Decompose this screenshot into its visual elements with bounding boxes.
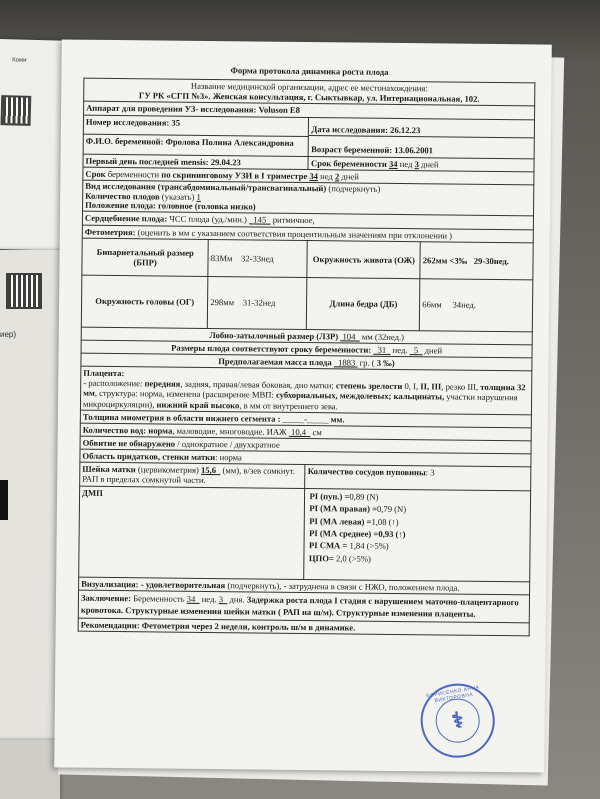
conclusion-label: Заключение: [81, 592, 131, 603]
background-text: Коми [12, 57, 26, 63]
size-match-days: 5 [414, 345, 418, 355]
hc-value: 298мм [210, 297, 234, 307]
pi-label: PI (МА среднее) = [309, 528, 378, 539]
pi-value: 0,89 (N) [349, 491, 378, 501]
pi-value: 0,79 (N) [377, 504, 406, 514]
cord-vessels-value: : 3 [426, 468, 435, 478]
adnexa-value: : норма [215, 452, 242, 462]
fl-term: 34нед. [452, 300, 476, 310]
amniotic-label: Количество вод: норма [83, 425, 173, 436]
pi-value: 0,93 (↑) [378, 529, 405, 539]
adnexa-label: Область придатков, стенки матки [82, 451, 215, 462]
visualization-label: Визуализация: - удовлетворительная [81, 578, 225, 590]
efw-unit: гр. ( [360, 358, 375, 368]
afi-value: 10,4 [291, 427, 306, 437]
term-days: 3 [415, 159, 419, 169]
conclusion-weeks-unit: нед. [202, 594, 217, 604]
screening-days-unit: дней [341, 171, 358, 181]
term-weeks: 34 [389, 159, 398, 169]
size-match-label: Размеры плода соответствуют сроку береме… [171, 343, 371, 355]
heartbeat-label: Сердцебиение плода: [85, 213, 167, 224]
bpd-label: Бипариетальный размер (БПР) [97, 246, 194, 267]
placenta-grades: II, III [420, 382, 441, 392]
recommendations-value: Фетометрия через 2 недели, контроль ш/м … [142, 620, 356, 632]
cervix-hint: (цервикометрия) [138, 465, 199, 476]
dob-value: 13.06.2001 [394, 145, 433, 155]
ofd-value: 104 [342, 331, 355, 341]
term-days-unit: дней [421, 159, 438, 169]
pi-label: PI (МА левая) = [309, 516, 371, 527]
cpr: ЦПО= 2,0 (>5%) [307, 552, 528, 567]
hr-label: ЧСС плода (уд./мин.) [169, 214, 247, 225]
visualization-text: (подчеркнуть), - затруднена в связи с НЖ… [227, 580, 459, 592]
pi-label: PI (пуп.) = [309, 491, 349, 501]
ofd-label: Лобно-затылочный размер (ЛЗР) [209, 330, 338, 341]
position-label: Положение плода: [85, 200, 156, 211]
screening-weeks: 34 [309, 171, 318, 181]
placenta-location: передняя [144, 379, 180, 389]
qr-code [8, 275, 40, 307]
ac-value: 262мм <3‰ [423, 255, 468, 265]
dob-label: Возраст беременной: [311, 144, 392, 155]
screening-weeks-unit: нед [320, 171, 333, 181]
placenta-text: , резко III, [441, 382, 480, 392]
study-type-hint: (подчеркнуть) [328, 183, 380, 194]
conclusion-text: Беременность [133, 593, 184, 604]
size-match-days-unit: дней [425, 345, 442, 355]
efw-label: Предполагаемая масса плода [218, 356, 332, 367]
ofd-unit: мм (32нед.) [362, 331, 404, 341]
amniotic-text: , маловодие, многоводие. ИАЖ [172, 426, 287, 437]
term-weeks-unit: нед [400, 159, 413, 169]
form-title: Форма протокола динамика роста плода [83, 64, 535, 79]
entanglement-label: Обвитие не обнаружено [83, 438, 176, 449]
doctor-stamp: БОРИСЕНКО АННА ВИКТОРОВНА ⚕ [415, 678, 500, 763]
placenta-label: Плацента: [83, 368, 124, 378]
hr-rhythm: ритмичное, [273, 215, 315, 225]
size-match-weeks: 31 [378, 345, 387, 355]
screening-label-c: по скрининговому УЗИ в I триместре [161, 169, 307, 181]
study-number-label: Номер исследования: [86, 116, 169, 127]
study-number-value: 35 [171, 117, 180, 127]
screening-label-a: Срок [85, 169, 105, 179]
position-value: головное (головка низко) [158, 201, 256, 212]
screening-days: 2 [335, 171, 339, 181]
efw-percentile: 3 ‰) [377, 358, 395, 368]
cervix-label: Шейка матки [82, 464, 136, 475]
fl-label: Длина бедра (ДБ) [329, 298, 397, 309]
conclusion-days: 3 [219, 594, 223, 604]
pi-label: ЦПО= [309, 553, 334, 563]
cervix-value: 15,6 [201, 465, 216, 475]
pi-label: PI СМА = [309, 540, 347, 550]
afi-unit: см [313, 427, 322, 437]
placenta-text: , в мм от внутреннего зева. [239, 400, 338, 411]
conclusion-days-unit: дня. [229, 594, 244, 604]
background-paper-bottom [0, 740, 60, 799]
hc-label: Окружность головы (ОГ) [95, 296, 194, 307]
pi-value: 2,0 (>5%) [334, 553, 371, 563]
placenta-edge: нижний край высоко [156, 399, 239, 410]
bpd-value: 83Мм [211, 253, 233, 263]
screening-label-b: беременности [108, 169, 159, 180]
efw-value: 1883 [338, 357, 355, 367]
term-label: Срок беременности [311, 158, 387, 169]
placenta-text: - расположение: [83, 378, 144, 389]
size-match-weeks-unit: нед. [393, 345, 408, 355]
pi-value: 1,84 (>5%) [347, 541, 388, 551]
placenta-text: 0, I, [402, 381, 420, 391]
ac-term: 29-30нед. [474, 255, 509, 265]
entanglement-text: / однократное / двухкратное [177, 439, 280, 450]
protocol-document: Форма протокола динамика роста плода Наз… [78, 64, 536, 636]
pi-label: PI (МА правая) = [309, 503, 377, 514]
protocol-sheet: Форма протокола динамика роста плода Наз… [54, 39, 552, 772]
recommendations-label: Рекомендации: [81, 619, 140, 630]
fl-value: 66мм [422, 299, 442, 309]
ac-label: Окружность живота (ОЖ) [313, 254, 415, 265]
background-text: иер) [0, 330, 16, 339]
patient-name-value: Фролова Полина Александровна [165, 137, 293, 148]
protocol-table: Название медицинской организации, адрес … [78, 78, 536, 636]
doppler-label: ДМП [82, 487, 103, 497]
myometrium-label: Толщина миометрия в области нижнего сегм… [83, 411, 281, 423]
last-menses-label: Первый день последней mensis: [86, 156, 209, 167]
conclusion-weeks: 34 [187, 594, 196, 604]
study-date-value: 26.12.23 [390, 124, 420, 134]
background-mark [0, 480, 8, 520]
placenta-maturity-label: степень зрелости [336, 381, 403, 392]
last-menses-value: 29.04.23 [211, 157, 241, 167]
study-date-label: Дата исследования: [311, 124, 388, 135]
device-label: Аппарат для проведения УЗ- исследования: [86, 103, 256, 115]
cord-vessels-label: Количество сосудов пуповины [308, 466, 426, 477]
device-value: Voluson E8 [258, 105, 300, 115]
myometrium-unit: мм. [331, 414, 345, 424]
qr-code [3, 97, 30, 124]
pi-value: 1,08 (↑) [371, 516, 398, 526]
bpd-term: 32-33нед [241, 253, 274, 263]
myometrium-value: _____-_____ [283, 414, 329, 424]
hr-value: 145 [253, 215, 266, 225]
patient-name-label: Ф.И.О. беременной: [86, 136, 164, 147]
hc-term: 31-32нед [243, 298, 276, 308]
fetometry-label: Фетометрия: [85, 226, 136, 237]
